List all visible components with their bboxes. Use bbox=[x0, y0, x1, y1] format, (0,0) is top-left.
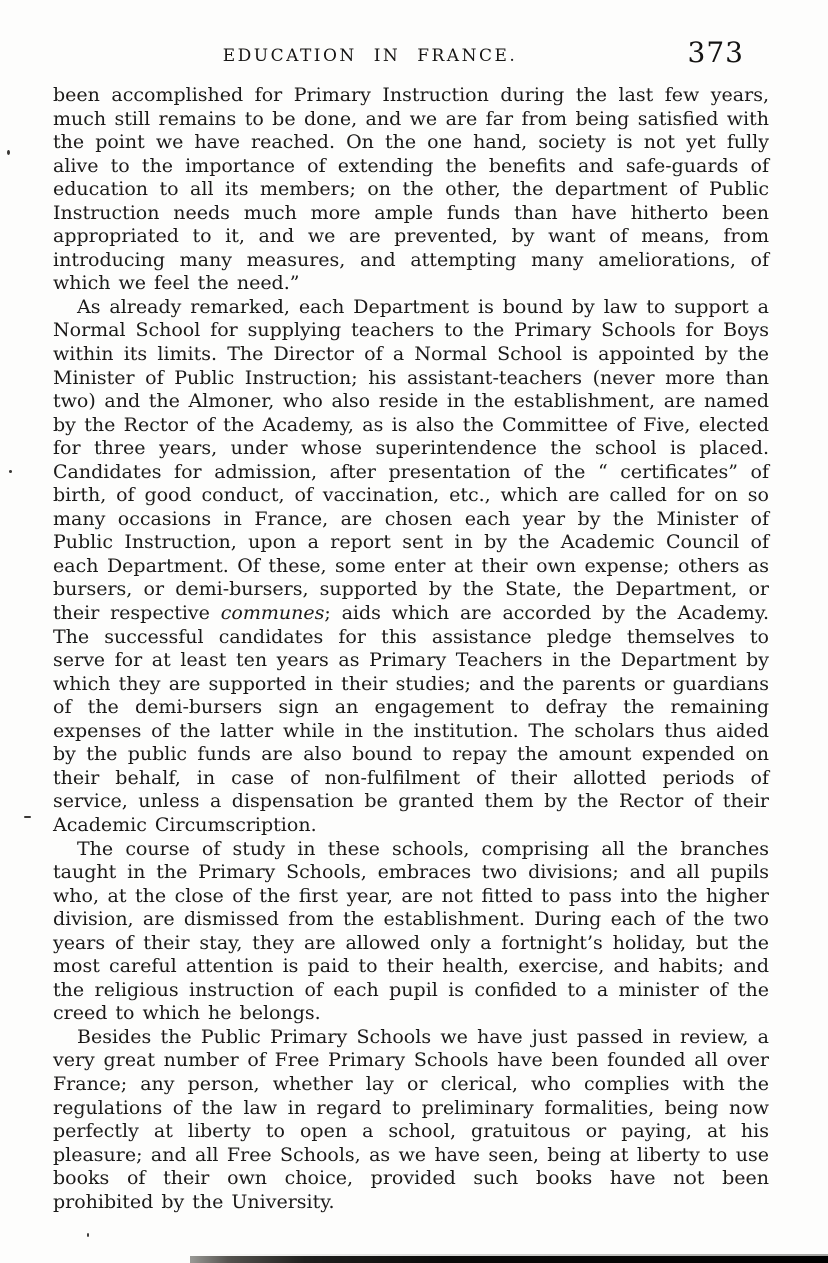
page-edge-shadow bbox=[190, 1256, 828, 1263]
scan-speck bbox=[87, 1233, 89, 1237]
paragraph: As already remarked, each Department is … bbox=[53, 296, 769, 838]
scan-speck bbox=[24, 816, 31, 818]
paragraph: The course of study in these schools, co… bbox=[53, 838, 769, 1026]
text-segment: been accomplished for Primary Instructio… bbox=[53, 84, 769, 294]
text-segment: As already remarked, each Department is … bbox=[53, 296, 769, 624]
book-page: EDUCATION IN FRANCE. 373 been accomplish… bbox=[0, 0, 828, 1263]
scan-speck bbox=[9, 470, 12, 473]
paragraph: been accomplished for Primary Instructio… bbox=[53, 84, 769, 296]
text-segment: Besides the Public Primary Schools we ha… bbox=[53, 1026, 769, 1213]
scan-speck bbox=[7, 150, 10, 155]
page-body: been accomplished for Primary Instructio… bbox=[53, 84, 769, 1214]
italic-text: communes bbox=[221, 602, 325, 624]
running-head-title: EDUCATION IN FRANCE. bbox=[0, 46, 740, 66]
text-segment: ; aids which are accorded by the Academy… bbox=[53, 602, 769, 836]
page-number: 373 bbox=[688, 36, 744, 69]
paragraph: Besides the Public Primary Schools we ha… bbox=[53, 1026, 769, 1214]
text-segment: The course of study in these schools, co… bbox=[53, 838, 769, 1025]
